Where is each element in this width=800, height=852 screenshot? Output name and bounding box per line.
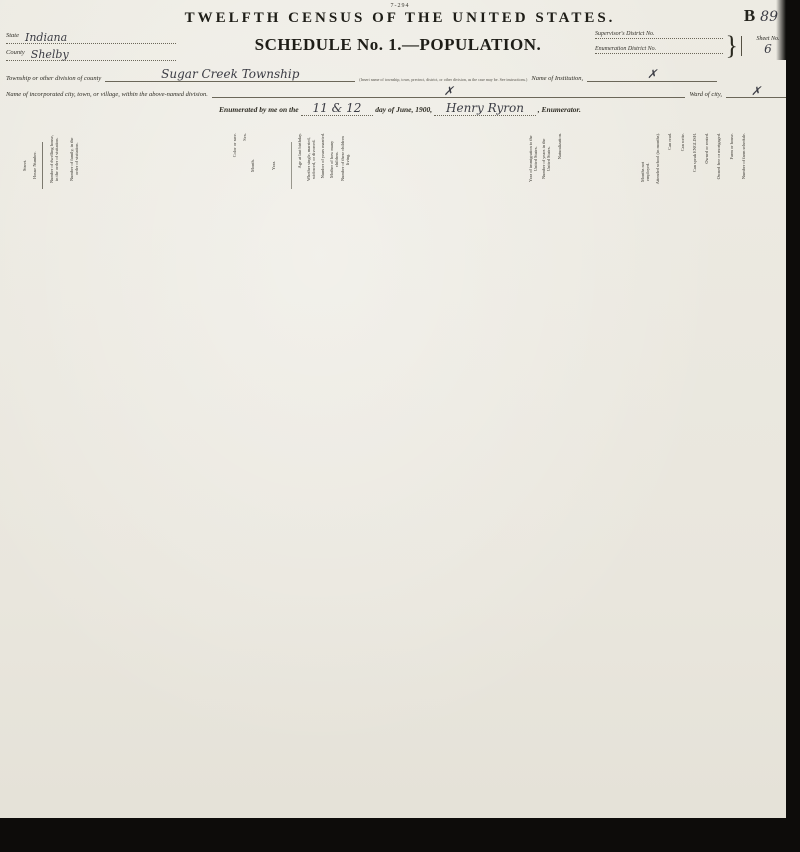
township-note: (Insert name of township, town, precinct…: [359, 77, 527, 82]
marital-status-header: Whether single, married, widowed, or div…: [306, 131, 317, 192]
scan-edge-right: [786, 0, 800, 852]
birth-month-header: Month.: [250, 142, 270, 189]
enumerated-suffix: , Enumerator.: [538, 105, 581, 114]
immigration-year-header: Year of immigration to the United States…: [526, 131, 539, 192]
years-in-us-header: Number of years in the United States.: [539, 131, 552, 192]
street-header: Street.: [22, 142, 32, 189]
enumeration-district-label: Enumeration District No.: [595, 46, 723, 54]
enumerated-mid: day of June, 1900,: [375, 105, 432, 114]
city-label: Name of incorporated city, town, or vill…: [6, 91, 208, 98]
ward-value: ✗: [751, 84, 761, 98]
scanned-paper-background: [0, 0, 800, 852]
months-not-employed-header: Months not employed.: [638, 152, 651, 189]
state-value: Indiana: [25, 32, 67, 43]
state-county-block: StateIndiana CountyShelby: [6, 31, 201, 65]
schedule-title: SCHEDULE No. 1.—POPULATION.: [201, 35, 595, 55]
state-label: State: [6, 32, 19, 43]
page-mark: B 89: [744, 6, 778, 26]
scan-edge-bottom: [0, 818, 800, 852]
enumerator-name: Henry Ryron: [434, 101, 536, 116]
enumerated-prefix: Enumerated by me on the: [219, 105, 299, 114]
supervisor-district-label: Supervisor's District No.: [595, 31, 723, 39]
ward-label: Ward of city,: [689, 91, 722, 98]
house-number-header: House Number.: [32, 142, 43, 189]
page-header: 7-294 TWELFTH CENSUS OF THE UNITED STATE…: [0, 0, 800, 115]
township-value: Sugar Creek Township: [161, 67, 299, 81]
city-value: ✗: [444, 84, 454, 98]
birth-year-header: Year.: [271, 142, 292, 189]
children-living-header: Number of these children living.: [339, 131, 350, 192]
district-block: Supervisor's District No. Enumeration Di…: [595, 31, 790, 61]
census-title: TWELFTH CENSUS OF THE UNITED STATES.: [0, 10, 800, 27]
page-mark-printed: B: [744, 6, 756, 25]
scan-edge-top-right: [776, 0, 786, 60]
mother-of-children-header: Mother of how many children.: [328, 131, 339, 192]
enumerated-date: 11 & 12: [301, 101, 374, 116]
institution-value: ✗: [647, 67, 657, 81]
institution-label: Name of Institution,: [531, 75, 583, 82]
form-number: 7-294: [0, 3, 800, 9]
township-label: Township or other division of county: [6, 75, 101, 82]
brace-glyph: }: [726, 33, 738, 59]
county-label: County: [6, 49, 25, 60]
county-value: Shelby: [31, 49, 69, 60]
